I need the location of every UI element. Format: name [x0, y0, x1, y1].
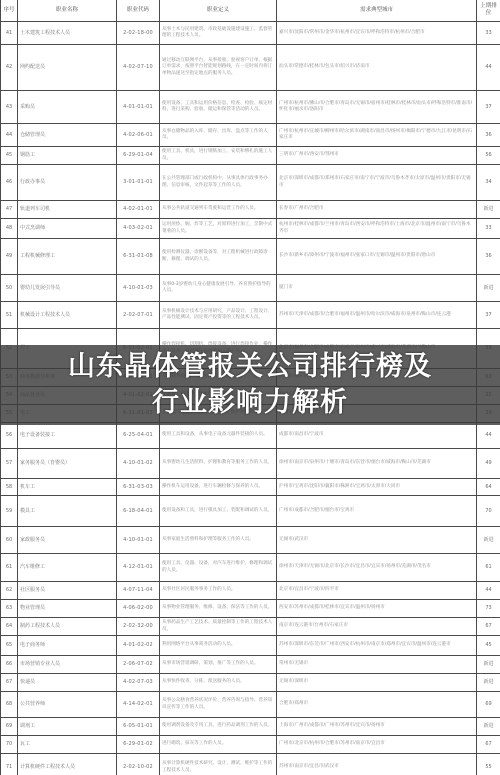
typical-cities-cell: 上海市/广州市/成都市/广州市/苏州市/宜宾市/扬州市	[277, 718, 477, 736]
table-row: 44仓储管理员4-02-06-01从事仓储物品的入库、储存、出库、盘点等工作的人…	[1, 124, 500, 147]
typical-cities-cell: 广州市/杭州市/佛山市/合肥市/青岛市/无锡市/宿州市/桂林市/桂林市/汕头市/…	[277, 91, 477, 124]
table-row: 64制药工程技术人员2-02-32-00从事药品生产工艺技术、质量控制等工作的工…	[1, 618, 500, 636]
occupation-name-cell: 行政办事员	[18, 165, 117, 201]
typical-cities-cell: 厦门市	[277, 275, 477, 302]
row-index-cell: 58	[1, 479, 18, 496]
typical-cities-cell: 嘉兴市/沈阳市/常州市/金华市/杭州市/宜宾市/呼和浩特市/杭州市/合肥市	[277, 22, 477, 45]
typical-cities-cell: 成都市/南昌市/宁波市	[277, 423, 477, 449]
table-row: 45钢筋工6-29-01-04使用工具、机具，进行钢筋加工、安装和绑扎的施工人员…	[1, 147, 500, 165]
occupation-definition-cell: 运用煎炒、焖、炸等工艺，对原料进行加工，烹制中式菜肴的人员。	[160, 219, 277, 239]
previous-rank-cell: 49	[477, 449, 500, 479]
occupation-name-cell: 钢筋工	[18, 147, 117, 165]
occupation-definition-cell: 从事公共轨道交通列车驾驶和运营工作的人员。	[160, 201, 277, 219]
typical-cities-cell: 广州市/成都市/合肥市/烟台市/宝鸡市	[277, 496, 477, 527]
occupation-code-cell: 6-05-01-01	[117, 718, 160, 736]
occupation-code-cell: 4-07-11-04	[117, 582, 160, 600]
row-index-cell: 43	[1, 91, 18, 124]
occupation-name-cell: 仓储管理员	[18, 124, 117, 147]
occupation-code-cell: 4-10-01-03	[117, 275, 160, 302]
typical-cities-cell: 广州市/北京市/杭州市/合肥市/苏州市/南京市/宜昌市	[277, 736, 477, 754]
header-occupation-definition: 职业定义	[160, 0, 277, 22]
previous-rank-cell: 新进	[477, 674, 500, 692]
occupation-code-cell: 4-01-01-01	[117, 91, 160, 124]
table-row: 49工程机械修理工6-31-01-08使用检测仪器、诊断设备等，对工程机械进行故…	[1, 239, 500, 275]
row-index-cell: 62	[1, 582, 18, 600]
occupation-code-cell: 4-03-02-01	[117, 219, 160, 239]
row-index-cell: 41	[1, 22, 18, 45]
previous-rank-cell: 44	[477, 582, 500, 600]
row-index-cell: 63	[1, 600, 18, 618]
table-row: 71计算机硬件工程技术人员2-02-10-02从事计算机硬件技术研究、设计、测试…	[1, 754, 500, 775]
typical-cities-cell: 广州市/杭州市/宣城市/柳州市/哈尔滨市/湖南市/南昌市/扬州市/揭阳市/宁德市…	[277, 124, 477, 147]
occupation-code-cell: 4-02-07-10	[117, 45, 160, 91]
occupation-name-cell: 社区服务员	[18, 582, 117, 600]
occupation-code-cell: 4-12-01-01	[117, 554, 160, 582]
previous-rank-cell: 37	[477, 91, 500, 124]
typical-cities-cell: 杭州市/桂林市/成都市/兰州市/青岛市/西安市/呼和浩特市/上海市/北京市/温州…	[277, 219, 477, 239]
occupation-definition-cell: 从事快件收寄、分拣、派送服务的人员。	[160, 674, 277, 692]
table-row: 70瓦工6-29-01-02进行砌筑、抹灰等工作的人员。广州市/北京市/杭州市/…	[1, 736, 500, 754]
row-index-cell: 49	[1, 239, 18, 275]
occupation-definition-cell: 操作机车运用设备，进行车辆检修与保养的人员。	[160, 479, 277, 496]
row-index-cell: 61	[1, 554, 18, 582]
typical-cities-cell: 南京市/连云港市/台州市/石家庄市	[277, 618, 477, 636]
table-row: 67快递员4-02-07-03从事快件收寄、分拣、派送服务的人员。无锡市/深圳市…	[1, 674, 500, 692]
typical-cities-cell: 北京市/深圳市/成都市/郑州市/石家庄市/南宁市/宁波市/乌鲁木齐市/太原市/温…	[277, 165, 477, 201]
occupation-code-cell: 6-31-03-03	[117, 479, 160, 496]
table-row: 42网约配送员4-02-07-10通过移动互联网平台，从事接收、验视客户订单，根…	[1, 45, 500, 91]
typical-cities-cell: 常州市/无锡市	[277, 656, 477, 674]
previous-rank-cell: 67	[477, 618, 500, 636]
occupation-code-cell: 4-10-01-02	[117, 449, 160, 479]
occupation-code-cell: 6-31-01-08	[117, 239, 160, 275]
occupation-definition-cell: 进行砌筑、抹灰等工作的人员。	[160, 736, 277, 754]
occupation-code-cell: 4-02-06-01	[117, 124, 160, 147]
typical-cities-cell: 长沙市/新乡市/漳州市/宁波市/福州市/张家口市/无锡市/温州市/贵阳市/唐山市	[277, 239, 477, 275]
typical-cities-cell: 苏州市/天津市/成都市/合肥市/福州市/温州市/哈尔滨市/威海市/泉州市/鞍山市…	[277, 302, 477, 329]
previous-rank-cell: 新进	[477, 656, 500, 674]
occupation-code-cell: 3-01-01-01	[117, 165, 160, 201]
occupation-name-cell: 机车工	[18, 479, 117, 496]
table-row: 56电子设备装接工6-25-04-01使用工具和设备，从事电子设备元器件装接的人…	[1, 423, 500, 449]
previous-rank-cell: 36	[477, 239, 500, 275]
occupation-definition-cell: 从事婴幼儿生活照料、护理和教育等服务工作的人员。	[160, 449, 277, 479]
typical-cities-cell: 无锡市/深圳市	[277, 674, 477, 692]
header-typical-cities: 需求典型城市	[277, 0, 477, 22]
previous-rank-cell: 70	[477, 496, 500, 527]
occupation-code-cell: 2-02-07-01	[117, 302, 160, 329]
typical-cities-cell: 西安市/苏州市/成都市/桂林市/宜宾市/温州市/扬州市	[277, 600, 477, 618]
row-index-cell: 51	[1, 302, 18, 329]
occupation-definition-cell: 使用工具和设备，从事电子设备元器件装接的人员。	[160, 423, 277, 449]
row-index-cell: 68	[1, 692, 18, 718]
occupation-code-cell: 2-06-07-02	[117, 656, 160, 674]
occupation-definition-cell: 从事市场营销调研、策划、推广等工作的人员。	[160, 656, 277, 674]
row-index-cell: 48	[1, 219, 18, 239]
occupation-definition-cell: 使用设备、工具和运用价格信息，检查、检验、核定材料，进行采购、验收、储运和保管等…	[160, 91, 277, 124]
occupation-definition-cell: 使用调剂设备及专用工具，进行药品调剂工作的人员。	[160, 718, 277, 736]
table-row: 68公共营养师4-14-02-01从事公众膳食营养状况评价、营养咨询与指导、营养…	[1, 692, 500, 718]
row-index-cell: 65	[1, 636, 18, 656]
occupation-code-cell: 2-02-10-02	[117, 754, 160, 775]
occupation-definition-cell: 从事土木与民用建筑、市政基础设施建设施工、监督管理的工程技术人员。	[160, 22, 277, 45]
occupation-name-cell: 物业管理员	[18, 600, 117, 618]
table-row: 43采购员4-01-01-01使用设备、工具和运用价格信息，检查、检验、核定材料…	[1, 91, 500, 124]
occupation-definition-cell: 使用设备和工具，进行模具加工、装配和调试的人员。	[160, 496, 277, 527]
row-index-cell: 69	[1, 718, 18, 736]
table-row: 62社区服务员4-07-11-04从事社区居民服务事务工作的人员。北京市/宜昌市…	[1, 582, 500, 600]
header-previous-rank: 上期排位	[477, 0, 500, 22]
row-index-cell: 70	[1, 736, 18, 754]
table-row: 50婴幼儿发展引导员4-10-01-03从事0-3岁婴幼儿身心健康发展引导、养育…	[1, 275, 500, 302]
table-row: 59模具工6-18-04-01使用设备和工具，进行模具加工、装配和调试的人员。广…	[1, 496, 500, 527]
row-index-cell: 50	[1, 275, 18, 302]
previous-rank-cell: 44	[477, 45, 500, 91]
typical-cities-cell: 苏州市/南京市/宜昌市/武汉市	[277, 754, 477, 775]
occupation-name-cell: 采购员	[18, 91, 117, 124]
occupation-definition-cell: 从事仓储物品的入库、储存、出库、盘点等工作的人员。	[160, 124, 277, 147]
occupation-name-cell: 模具工	[18, 496, 117, 527]
row-index-cell: 64	[1, 618, 18, 636]
previous-rank-cell: 新进	[477, 527, 500, 554]
table-row: 58机车工6-31-03-03操作机车运用设备，进行车辆检修与保养的人员。沪州市…	[1, 479, 500, 496]
table-row: 63物业管理员4-06-02-00从事物业管理服务、维修、设备、保洁等工作的人员…	[1, 600, 500, 618]
occupation-name-cell: 电子设备装接工	[18, 423, 117, 449]
previous-rank-cell: 69	[477, 692, 500, 718]
previous-rank-cell: 64	[477, 479, 500, 496]
banner-title-line-2: 行业影响力解析	[152, 385, 348, 421]
occupation-table-sheet: 序号 职业名称 职业代码 职业定义 需求典型城市 上期排位 41土木建筑工程技术…	[0, 0, 500, 775]
typical-cities-cell: 北京市/宜昌市/宁波市/四平市	[277, 582, 477, 600]
table-row: 57家务服务员（育婴员）4-10-01-02从事婴幼儿生活照料、护理和教育等服务…	[1, 449, 500, 479]
occupation-code-cell: 6-25-04-01	[117, 423, 160, 449]
table-row: 66市场营销专业人员2-06-07-02从事市场营销调研、策划、推广等工作的人员…	[1, 656, 500, 674]
header-occupation-name: 职业名称	[18, 0, 117, 22]
occupation-definition-cell: 从事物业管理服务、维修、设备、保洁等工作的人员。	[160, 600, 277, 618]
occupation-name-cell: 制药工程技术人员	[18, 618, 117, 636]
occupation-name-cell: 家务服务员（育婴员）	[18, 449, 117, 479]
row-index-cell: 59	[1, 496, 18, 527]
occupation-name-cell: 中式烹调师	[18, 219, 117, 239]
row-index-cell: 66	[1, 656, 18, 674]
occupation-definition-cell: 使用工具、仪器、设备，对汽车进行维护、修理和调试的人员。	[160, 554, 277, 582]
row-index-cell: 47	[1, 201, 18, 219]
previous-rank-cell: 61	[477, 554, 500, 582]
occupation-name-cell: 计算机硬件工程技术人员	[18, 754, 117, 775]
previous-rank-cell: 37	[477, 302, 500, 329]
occupation-definition-cell: 从事0-3岁婴幼儿身心健康发展引导、养育照护指导的人员。	[160, 275, 277, 302]
occupation-code-cell: 6-29-01-02	[117, 736, 160, 754]
previous-rank-cell: 新进	[477, 275, 500, 302]
occupation-name-cell: 调剂工	[18, 718, 117, 736]
occupation-definition-cell: 利用网络平台从事商务活动的人员。	[160, 636, 277, 656]
occupation-definition-cell: 从事计算机硬件技术研究、设计、测试、维护等工作的工程技术人员。	[160, 754, 277, 775]
occupation-code-cell: 6-29-01-04	[117, 147, 160, 165]
occupation-definition-cell: 从事机械设计技术与应用研究，产品设计、工程设计、产品性能测试、固定资产投资等的工…	[160, 302, 277, 329]
occupation-definition-cell: 使用检测仪器、诊断设备等，对工程机械进行故障诊断、修理、调试的人员。	[160, 239, 277, 275]
occupation-code-cell: 4-02-07-03	[117, 674, 160, 692]
header-occupation-code: 职业代码	[117, 0, 160, 22]
row-index-cell: 42	[1, 45, 18, 91]
table-header-row: 序号 职业名称 职业代码 职业定义 需求典型城市 上期排位	[1, 0, 500, 22]
previous-rank-cell: 34	[477, 165, 500, 201]
occupation-code-cell: 4-14-02-01	[117, 692, 160, 718]
occupation-definition-cell: 使用工具、机具，进行钢筋加工、安装和绑扎的施工人员。	[160, 147, 277, 165]
occupation-name-cell: 汽车维修工	[18, 554, 117, 582]
previous-rank-cell: 55	[477, 754, 500, 775]
table-row: 46行政办事员3-01-01-01在公共管理部门或行政机构中，从事具体行政事务办…	[1, 165, 500, 201]
occupation-name-cell: 市场营销专业人员	[18, 656, 117, 674]
occupation-name-cell: 轨道列车司机	[18, 201, 117, 219]
row-index-cell: 56	[1, 423, 18, 449]
typical-cities-cell: 长春市/广州市/合肥市	[277, 201, 477, 219]
occupation-name-cell: 公共营养师	[18, 692, 117, 718]
occupation-code-cell: 6-18-04-01	[117, 496, 160, 527]
title-banner: 山东晶体管报关公司排行榜及 行业影响力解析	[0, 345, 500, 425]
occupation-name-cell: 土木建筑工程技术人员	[18, 22, 117, 45]
row-index-cell: 60	[1, 527, 18, 554]
previous-rank-cell: 33	[477, 22, 500, 45]
table-row: 69调剂工6-05-01-01使用调剂设备及专用工具，进行药品调剂工作的人员。上…	[1, 718, 500, 736]
row-index-cell: 46	[1, 165, 18, 201]
occupation-definition-cell: 在公共管理部门或行政机构中，从事具体行政事务办理、信息审核、文件起草等工作的人员…	[160, 165, 277, 201]
typical-cities-cell: 沪州市/宝鸡市/沈阳市/襄阳市/株洲市/宝鸡市/太原市/大同市	[277, 479, 477, 496]
occupation-definition-cell: 从事家庭生活照料和护理等服务工作的人员。	[160, 527, 277, 554]
typical-cities-cell: 合肥市/郑州市	[277, 692, 477, 718]
typical-cities-cell: 汕头市/常德市/桂林市/包头市/绍兴市/济南市	[277, 45, 477, 91]
occupation-code-cell: 4-02-01-01	[117, 201, 160, 219]
typical-cities-cell: 徐州市/天津市/无锡市/北京市/长沙市/宜昌市/宜宾市/扬州市/芜湖市/茂名市	[277, 554, 477, 582]
occupation-name-cell: 家政服务员	[18, 527, 117, 554]
occupation-name-cell: 网约配送员	[18, 45, 117, 91]
table-row: 51机械设计工程技术人员2-02-07-01从事机械设计技术与应用研究，产品设计…	[1, 302, 500, 329]
typical-cities-cell: 无锡市/武汉市	[277, 527, 477, 554]
occupation-name-cell: 快递员	[18, 674, 117, 692]
table-row: 41土木建筑工程技术人员2-02-18-00从事土木与民用建筑、市政基础设施建设…	[1, 22, 500, 45]
occupation-definition-cell: 通过移动互联网平台，从事接收、验视客户订单，根据订单需求，按照平台智能规划路线，…	[160, 45, 277, 91]
row-index-cell: 67	[1, 674, 18, 692]
row-index-cell: 45	[1, 147, 18, 165]
header-index: 序号	[1, 0, 18, 22]
table-row: 65电子商务师4-01-02-02利用网络平台从事商务活动的人员。苏州市/深圳市…	[1, 636, 500, 656]
table-row: 60家政服务员4-10-01-01从事家庭生活照料和护理等服务工作的人员。无锡市…	[1, 527, 500, 554]
table-row: 47轨道列车司机4-02-01-01从事公共轨道交通列车驾驶和运营工作的人员。长…	[1, 201, 500, 219]
typical-cities-cell: 徐州市/南京市/泉州市/十堰市/青岛市/东营市/烟台市/威海市/鞍山市/芜湖市	[277, 449, 477, 479]
previous-rank-cell: 36	[477, 124, 500, 147]
occupation-code-cell: 2-02-32-00	[117, 618, 160, 636]
occupation-code-cell: 4-10-01-01	[117, 527, 160, 554]
row-index-cell: 57	[1, 449, 18, 479]
typical-cities-cell: 三明市/广州市/西安市/鄂州市	[277, 147, 477, 165]
previous-rank-cell: 67	[477, 736, 500, 754]
row-index-cell: 44	[1, 124, 18, 147]
previous-rank-cell: 56	[477, 147, 500, 165]
table-row: 48中式烹调师4-03-02-01运用煎炒、焖、炸等工艺，对原料进行加工，烹制中…	[1, 219, 500, 239]
occupation-name-cell: 婴幼儿发展引导员	[18, 275, 117, 302]
occupation-name-cell: 瓦工	[18, 736, 117, 754]
occupation-definition-cell: 从事公众膳食营养状况评价、营养咨询与指导、营养知识宣传等工作的人员。	[160, 692, 277, 718]
previous-rank-cell: 45	[477, 636, 500, 656]
typical-cities-cell: 苏州市/深圳市/东莞市/广州市/西安市/杭州市/南京市/郑州市/宜宾市/温州市/…	[277, 636, 477, 656]
occupation-code-cell: 4-01-02-02	[117, 636, 160, 656]
banner-title-line-1: 山东晶体管报关公司排行榜及	[68, 349, 432, 385]
occupation-name-cell: 工程机械修理工	[18, 239, 117, 275]
row-index-cell: 71	[1, 754, 18, 775]
occupation-name-cell: 机械设计工程技术人员	[18, 302, 117, 329]
previous-rank-cell: 33	[477, 219, 500, 239]
occupation-code-cell: 2-02-18-00	[117, 22, 160, 45]
previous-rank-cell: 新进	[477, 201, 500, 219]
occupation-definition-cell: 从事社区居民服务事务工作的人员。	[160, 582, 277, 600]
table-row: 61汽车维修工4-12-01-01使用工具、仪器、设备，对汽车进行维护、修理和调…	[1, 554, 500, 582]
occupation-code-cell: 4-06-02-00	[117, 600, 160, 618]
occupation-name-cell: 电子商务师	[18, 636, 117, 656]
occupation-definition-cell: 从事药品生产工艺技术、质量控制等工作的工程技术人员。	[160, 618, 277, 636]
previous-rank-cell: 44	[477, 423, 500, 449]
previous-rank-cell: 73	[477, 600, 500, 618]
previous-rank-cell: 新进	[477, 718, 500, 736]
